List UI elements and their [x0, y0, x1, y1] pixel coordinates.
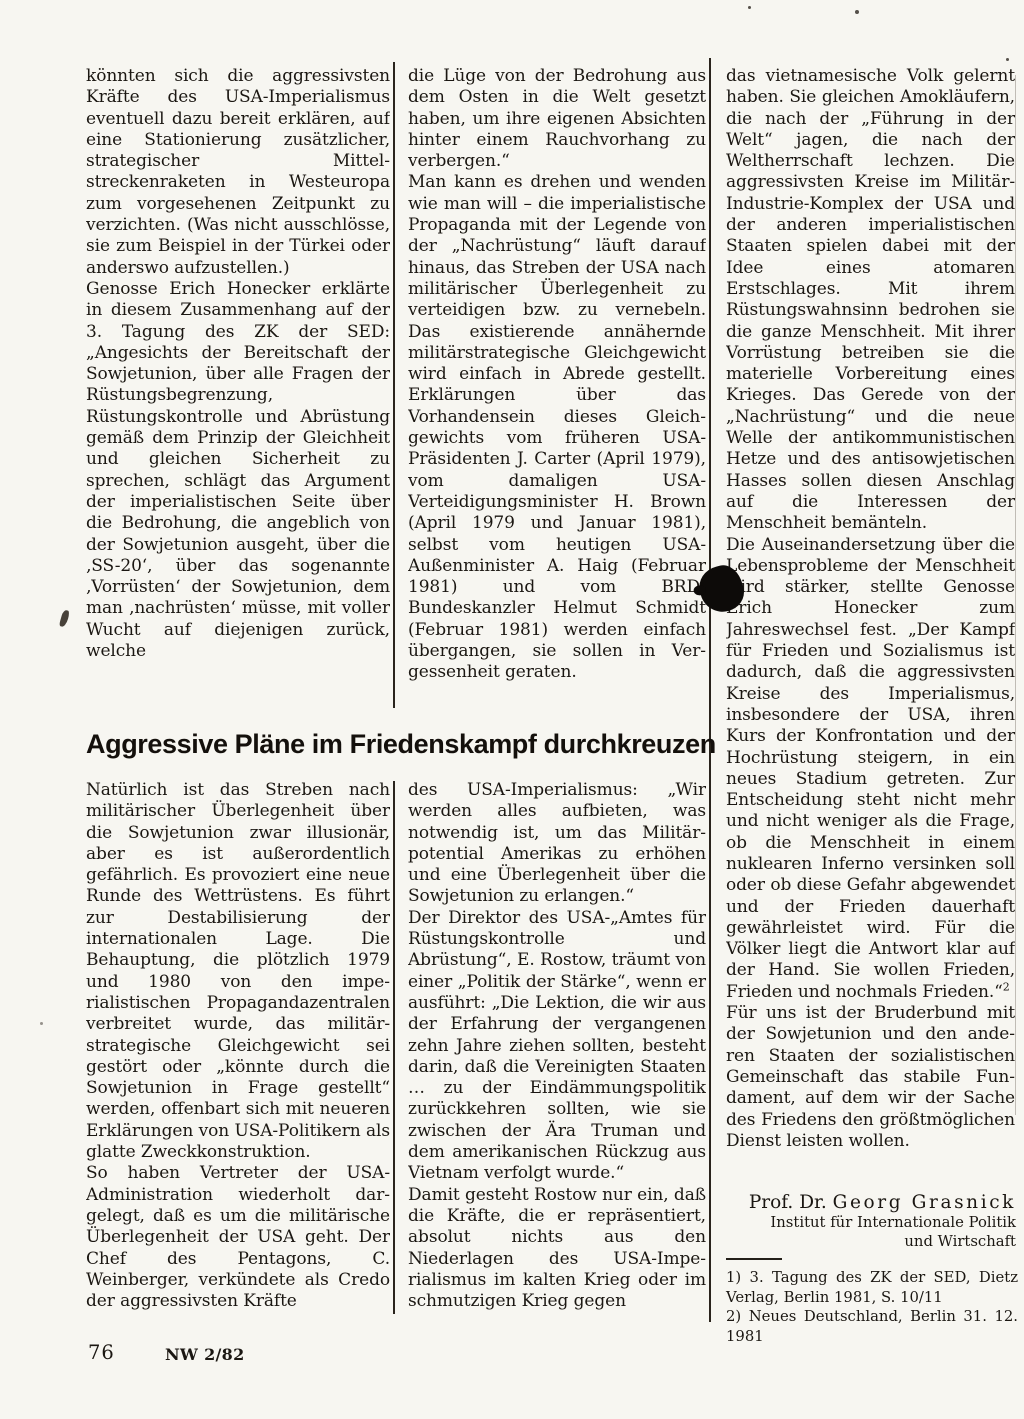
paragraph: Für uns ist der Bruderbund mit der Sowje… — [726, 1003, 1015, 1152]
footnote-rule — [726, 1258, 782, 1260]
footnotes: 1) 3. Tagung des ZK der SED, Dietz Ver­l… — [726, 1268, 1018, 1346]
scan-speck — [855, 10, 859, 14]
section-heading: Aggressive Pläne im Friedenskampf durchk… — [86, 729, 711, 760]
margin-mark — [59, 609, 70, 627]
column-middle-bottom: des USA-Imperialismus: „Wir werden alles… — [408, 780, 706, 1336]
paragraph: Der Direktor des USA-„Amtes für Rüstungs… — [408, 908, 706, 1185]
column-divider-left-bottom — [393, 781, 395, 1314]
paragraph: könnten sich die aggressivsten Kräfte de… — [86, 66, 390, 279]
footnote-ref: 2 — [1003, 980, 1010, 993]
author-name: Prof. Dr. Georg Grasnick — [724, 1192, 1016, 1214]
page-edge-line — [1015, 75, 1016, 1115]
page-number: 76 — [88, 1341, 115, 1364]
magazine-page: könnten sich die aggressivsten Kräfte de… — [0, 0, 1024, 1419]
column-divider-right — [709, 58, 711, 1322]
author-institute-line1: Institut für Internationale Politik — [724, 1214, 1016, 1233]
paragraph: Genosse Erich Honecker er­klärte in dies… — [86, 279, 390, 662]
paragraph: die Lüge von der Bedrohung aus dem Osten… — [408, 66, 706, 172]
footnote-item: 1) 3. Tagung des ZK der SED, Dietz Ver­l… — [726, 1268, 1018, 1307]
scan-speck — [748, 6, 751, 9]
scan-speck — [1006, 58, 1009, 61]
attribution: Prof. Dr. Georg Grasnick Institut für In… — [724, 1192, 1016, 1251]
paragraph: So haben Vertreter der USA-Administratio… — [86, 1163, 390, 1312]
paragraph: das vietnamesische Volk ge­lernt haben. … — [726, 66, 1015, 535]
paragraph-text: Die Auseinandersetzung über die Lebenspr… — [726, 535, 1015, 1002]
scan-speck — [40, 1022, 43, 1025]
column-left-bottom: Natürlich ist das Streben nach militäris… — [86, 780, 390, 1336]
paragraph: Man kann es drehen und wen­den wie man w… — [408, 172, 706, 683]
column-divider-left-top — [393, 62, 395, 708]
paragraph: Damit gesteht Rostow nur ein, daß die Kr… — [408, 1185, 706, 1313]
column-middle-top: die Lüge von der Bedrohung aus dem Osten… — [408, 66, 706, 714]
author-title: Prof. Dr. — [749, 1192, 827, 1213]
issue-label: NW 2/82 — [165, 1345, 245, 1364]
paragraph: des USA-Imperialismus: „Wir werden alles… — [408, 780, 706, 908]
paragraph: Natürlich ist das Streben nach militäris… — [86, 780, 390, 1163]
footnote-item: 2) Neues Deutschland, Berlin 31. 12. 198… — [726, 1307, 1018, 1346]
author-fullname: Georg Grasnick — [833, 1192, 1016, 1213]
paragraph: Die Auseinandersetzung über die Lebenspr… — [726, 535, 1015, 1004]
column-right: das vietnamesische Volk ge­lernt haben. … — [726, 66, 1015, 1192]
author-institute-line2: und Wirtschaft — [724, 1233, 1016, 1252]
column-left-top: könnten sich die aggressivsten Kräfte de… — [86, 66, 390, 714]
